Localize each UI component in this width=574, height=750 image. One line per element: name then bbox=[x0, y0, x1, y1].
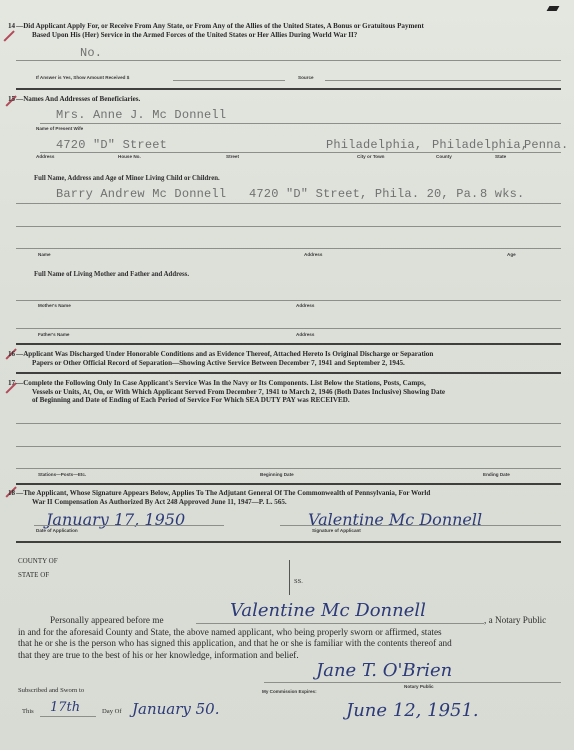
county-label: County bbox=[436, 154, 452, 159]
date-of-application-label: Date of Application bbox=[36, 528, 78, 533]
this-label: This bbox=[22, 708, 34, 715]
applicant-signature[interactable]: Valentine Mc Donnell bbox=[308, 510, 482, 529]
amount-received-label: If Answer is Yes, Show Amount Received $ bbox=[36, 75, 129, 80]
subscribed-label: Subscribed and Sworn to bbox=[18, 687, 84, 694]
commission-expires-label: My Commission Expires: bbox=[262, 689, 317, 694]
child-name-label: Name bbox=[38, 252, 51, 257]
source-label: Source bbox=[298, 75, 314, 80]
city-label: City or Town bbox=[357, 154, 384, 159]
house-no-label: House No. bbox=[118, 154, 141, 159]
ss-label: SS. bbox=[294, 578, 303, 585]
parents-title: Full Name of Living Mother and Father an… bbox=[34, 271, 189, 278]
city-value[interactable]: Philadelphia, bbox=[326, 138, 422, 152]
notary-public-suffix: , a Notary Public bbox=[484, 615, 546, 625]
county-value[interactable]: Philadelphia, bbox=[432, 138, 528, 152]
application-form-page: 14—Did Applicant Apply For, or Receive F… bbox=[0, 0, 574, 750]
mother-name-label: Mother's Name bbox=[38, 303, 71, 308]
corner-mark bbox=[547, 6, 560, 11]
q14-answer[interactable]: No. bbox=[80, 46, 102, 60]
appeared-name-handwritten[interactable]: Valentine Mc Donnell bbox=[230, 600, 426, 621]
address-value[interactable]: 4720 "D" Street bbox=[56, 138, 167, 152]
question-16: 16—Applicant Was Discharged Under Honora… bbox=[8, 350, 560, 367]
question-18: 18—The Applicant, Whose Signature Appear… bbox=[8, 489, 560, 506]
state-of-label: STATE OF bbox=[18, 571, 49, 579]
father-address-label: Address bbox=[296, 332, 314, 337]
beginning-date-label: Beginning Date bbox=[260, 472, 294, 477]
question-14: 14—Did Applicant Apply For, or Receive F… bbox=[8, 22, 560, 39]
child-address-label: Address bbox=[304, 252, 322, 257]
street-label: Street bbox=[226, 154, 239, 159]
q14-line1: Did Applicant Apply For, or Receive From… bbox=[23, 22, 424, 30]
signature-of-applicant-label: Signature of Applicant bbox=[312, 528, 361, 533]
day-of-label: Day Of bbox=[102, 708, 122, 715]
mother-address-label: Address bbox=[296, 303, 314, 308]
notary-signature[interactable]: Jane T. O'Brien bbox=[316, 660, 452, 681]
appeared-prefix: Personally appeared before me bbox=[50, 615, 164, 625]
child-address-value[interactable]: 4720 "D" Street, Phila. 20, Pa. bbox=[249, 187, 478, 201]
county-of-label: COUNTY OF bbox=[18, 557, 58, 565]
child-age-value[interactable]: 8 wks. bbox=[480, 187, 524, 201]
child-name-value[interactable]: Barry Andrew Mc Donnell bbox=[56, 187, 226, 201]
source-field[interactable] bbox=[325, 80, 561, 81]
month-handwritten[interactable]: January 50. bbox=[132, 700, 220, 718]
father-name-label: Father's Name bbox=[38, 332, 69, 337]
notary-public-label: Notary Public bbox=[404, 684, 434, 689]
wife-name-value[interactable]: Mrs. Anne J. Mc Donnell bbox=[56, 108, 226, 122]
wife-name-label: Name of Present Wife bbox=[36, 126, 83, 131]
state-label: State bbox=[495, 154, 506, 159]
question-15-title: 15—Names And Addresses of Beneficiaries. bbox=[8, 95, 560, 104]
notary-statement: in and for the aforesaid County and Stat… bbox=[18, 627, 558, 661]
commission-date-handwritten[interactable]: June 12, 1951. bbox=[346, 700, 479, 721]
children-title: Full Name, Address and Age of Minor Livi… bbox=[34, 175, 220, 182]
address-label: Address bbox=[36, 154, 54, 159]
stations-label: Stations—Posts—Etc. bbox=[38, 472, 86, 477]
amount-received-field[interactable] bbox=[173, 80, 285, 81]
state-value[interactable]: Penna. bbox=[524, 138, 568, 152]
ss-bracket bbox=[289, 560, 292, 595]
question-17: 17—Complete the Following Only In Case A… bbox=[8, 379, 560, 405]
child-age-label: Age bbox=[507, 252, 516, 257]
ending-date-label: Ending Date bbox=[483, 472, 510, 477]
q14-line2: Based Upon His (Her) Service in the Arme… bbox=[8, 31, 560, 40]
application-date-handwritten[interactable]: January 17, 1950 bbox=[46, 510, 185, 529]
day-handwritten[interactable]: 17th bbox=[50, 700, 80, 715]
